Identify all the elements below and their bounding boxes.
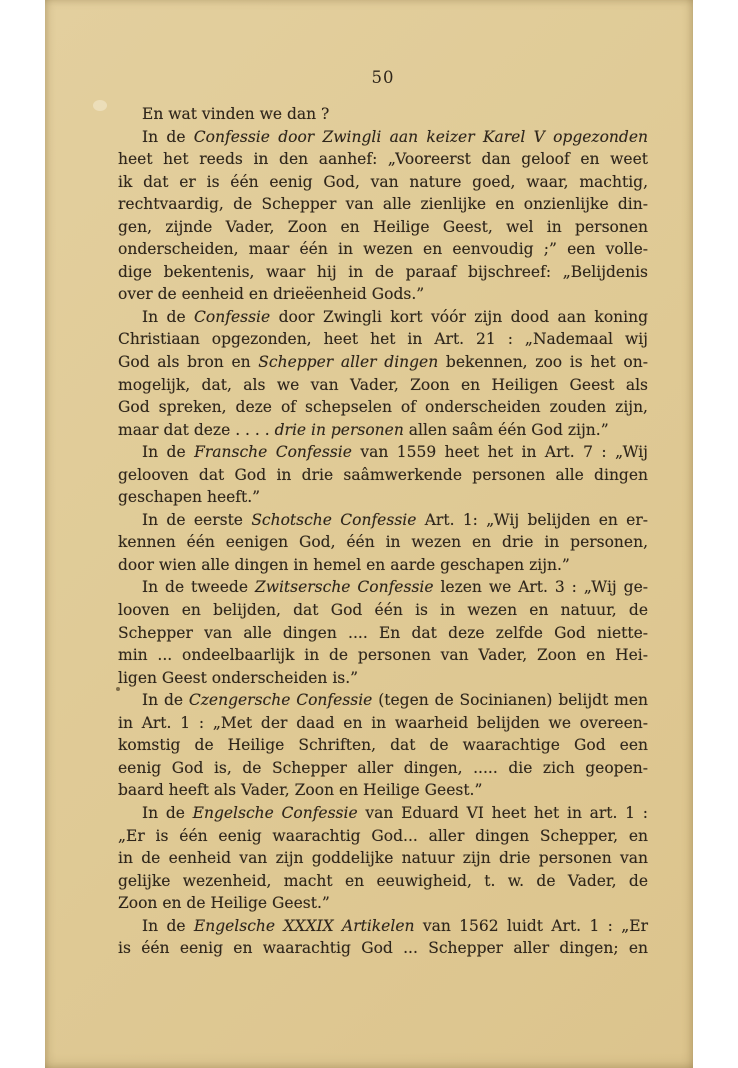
text-segment: „Er is één eenig waarachtig God... aller…: [118, 827, 648, 845]
text-segment: Christiaan opgezonden, heet het in Art. …: [118, 330, 648, 348]
text-line: gelooven dat God in drie saâmwerkende pe…: [118, 464, 648, 487]
paragraph: In de Czengersche Confessie (tegen de So…: [118, 689, 648, 802]
text-segment: maar dat deze . . . .: [118, 421, 275, 439]
text-line: is één eenig en waarachtig God ... Schep…: [118, 937, 648, 960]
text-line: God als bron en Schepper aller dingen be…: [118, 351, 648, 374]
text-line: ik dat er is één eenig God, van nature g…: [118, 171, 648, 194]
text-segment: eenig God is, de Schepper aller dingen, …: [118, 759, 648, 777]
text-block: En wat vinden we dan ?In de Confessie do…: [118, 103, 648, 960]
italic-text-segment: Fransche Confessie: [194, 443, 352, 461]
paragraph: In de Fransche Confessie van 1559 heet h…: [118, 441, 648, 509]
text-segment: van Eduard VI heet het in art. 1 :: [358, 804, 648, 822]
paragraph: In de tweede Zwitsersche Confessie lezen…: [118, 576, 648, 689]
text-segment: mogelijk, dat, als we van Vader, Zoon en…: [118, 376, 648, 394]
text-line: gelijke wezenheid, macht en eeuwigheid, …: [118, 870, 648, 893]
text-segment: looven en belijden, dat God één is in we…: [118, 601, 648, 619]
text-line: Christiaan opgezonden, heet het in Art. …: [118, 328, 648, 351]
text-segment: In de: [142, 691, 189, 709]
text-line: komstig de Heilige Schriften, dat de waa…: [118, 734, 648, 757]
text-segment: is één eenig en waarachtig God ... Schep…: [118, 939, 648, 957]
text-segment: In de: [142, 443, 194, 461]
text-line: heet het reeds in den aanhef: „Vooreerst…: [118, 148, 648, 171]
text-segment: min ... ondeelbaarlijk in de personen va…: [118, 646, 648, 664]
text-segment: onderscheiden, maar één in wezen en eenv…: [118, 240, 648, 258]
text-segment: komstig de Heilige Schriften, dat de waa…: [118, 736, 648, 754]
text-line: onderscheiden, maar één in wezen en eenv…: [118, 238, 648, 261]
paragraph: In de Confessie door Zwingli kort vóór z…: [118, 306, 648, 441]
text-segment: kennen één eenigen God, één in wezen en …: [118, 533, 648, 551]
text-line: kennen één eenigen God, één in wezen en …: [118, 531, 648, 554]
paper-blemish: [93, 100, 107, 111]
italic-text-segment: Engelsche Confessie: [193, 804, 358, 822]
text-line: dige bekentenis, waar hij in de paraaf b…: [118, 261, 648, 284]
text-segment: ligen Geest onderscheiden is.”: [118, 669, 358, 687]
text-line: gen, zijnde Vader, Zoon en Heilige Geest…: [118, 216, 648, 239]
text-segment: In de: [142, 308, 194, 326]
text-line: looven en belijden, dat God één is in we…: [118, 599, 648, 622]
text-segment: In de: [142, 917, 194, 935]
text-segment: gelijke wezenheid, macht en eeuwigheid, …: [118, 872, 648, 890]
text-line: ligen Geest onderscheiden is.”: [118, 667, 648, 690]
paragraph: In de eerste Schotsche Confessie Art. 1:…: [118, 509, 648, 577]
italic-text-segment: Engelsche XXXIX Artikelen: [194, 917, 415, 935]
text-line: In de tweede Zwitsersche Confessie lezen…: [118, 576, 648, 599]
text-segment: door wien alle dingen in hemel en aarde …: [118, 556, 570, 574]
text-segment: In de eerste: [142, 511, 251, 529]
text-segment: heet het reeds in den aanhef: „Vooreerst…: [118, 150, 648, 168]
text-line: Zoon en de Heilige Geest.”: [118, 892, 648, 915]
text-segment: bekennen, zoo is het on-: [438, 353, 648, 371]
text-segment: (tegen de Socinianen) belijdt men: [372, 691, 648, 709]
book-page: 50 En wat vinden we dan ?In de Confessie…: [45, 0, 693, 1068]
text-line: In de Engelsche Confessie van Eduard VI …: [118, 802, 648, 825]
text-line: baard heeft als Vader, Zoon en Heilige G…: [118, 779, 648, 802]
text-segment: in Art. 1 : „Met der daad en in waarheid…: [118, 714, 648, 732]
text-segment: Schepper van alle dingen .... En dat dez…: [118, 624, 648, 642]
text-line: In de Czengersche Confessie (tegen de So…: [118, 689, 648, 712]
text-segment: van 1562 luidt Art. 1 : „Er: [414, 917, 648, 935]
text-segment: door Zwingli kort vóór zijn dood aan kon…: [270, 308, 648, 326]
text-segment: In de tweede: [142, 578, 255, 596]
paragraph: In de Engelsche Confessie van Eduard VI …: [118, 802, 648, 915]
italic-text-segment: Schotsche Confessie: [251, 511, 416, 529]
text-line: En wat vinden we dan ?: [118, 103, 648, 126]
text-line: Schepper van alle dingen .... En dat dez…: [118, 622, 648, 645]
italic-text-segment: drie in personen: [275, 421, 404, 439]
text-line: maar dat deze . . . . drie in personen a…: [118, 419, 648, 442]
text-segment: rechtvaardig, de Schepper van alle zienl…: [118, 195, 648, 213]
text-segment: En wat vinden we dan ?: [142, 105, 329, 123]
text-segment: over de eenheid en drieëenheid Gods.”: [118, 285, 424, 303]
text-segment: In de: [142, 128, 194, 146]
paragraph: In de Engelsche XXXIX Artikelen van 1562…: [118, 915, 648, 960]
text-line: In de Fransche Confessie van 1559 heet h…: [118, 441, 648, 464]
page-number: 50: [118, 68, 648, 87]
text-line: min ... ondeelbaarlijk in de personen va…: [118, 644, 648, 667]
text-line: eenig God is, de Schepper aller dingen, …: [118, 757, 648, 780]
text-line: door wien alle dingen in hemel en aarde …: [118, 554, 648, 577]
text-segment: gelooven dat God in drie saâmwerkende pe…: [118, 466, 648, 484]
text-segment: gen, zijnde Vader, Zoon en Heilige Geest…: [118, 218, 648, 236]
text-segment: lezen we Art. 3 : „Wij ge-: [434, 578, 648, 596]
text-segment: ik dat er is één eenig God, van nature g…: [118, 173, 648, 191]
italic-text-segment: Confessie: [194, 308, 270, 326]
paragraph: In de Confessie door Zwingli aan keizer …: [118, 126, 648, 306]
text-line: In de Confessie door Zwingli kort vóór z…: [118, 306, 648, 329]
text-segment: God spreken, deze of schepselen of onder…: [118, 398, 648, 416]
italic-text-segment: Confessie door Zwingli aan keizer Karel …: [194, 128, 648, 146]
text-line: In de eerste Schotsche Confessie Art. 1:…: [118, 509, 648, 532]
text-line: mogelijk, dat, als we van Vader, Zoon en…: [118, 374, 648, 397]
text-segment: In de: [142, 804, 193, 822]
text-line: over de eenheid en drieëenheid Gods.”: [118, 283, 648, 306]
text-segment: baard heeft als Vader, Zoon en Heilige G…: [118, 781, 482, 799]
scan-background: 50 En wat vinden we dan ?In de Confessie…: [0, 0, 738, 1068]
italic-text-segment: Schepper aller dingen: [258, 353, 438, 371]
italic-text-segment: Zwitsersche Confessie: [255, 578, 434, 596]
text-line: God spreken, deze of schepselen of onder…: [118, 396, 648, 419]
text-line: rechtvaardig, de Schepper van alle zienl…: [118, 193, 648, 216]
text-segment: geschapen heeft.”: [118, 488, 260, 506]
text-line: in de eenheid van zijn goddelijke natuur…: [118, 847, 648, 870]
paragraph: En wat vinden we dan ?: [118, 103, 648, 126]
text-segment: van 1559 heet het in Art. 7 : „Wij: [352, 443, 648, 461]
text-segment: in de eenheid van zijn goddelijke natuur…: [118, 849, 648, 867]
text-segment: Zoon en de Heilige Geest.”: [118, 894, 330, 912]
text-segment: Art. 1: „Wij belijden en er-: [416, 511, 648, 529]
text-line: In de Confessie door Zwingli aan keizer …: [118, 126, 648, 149]
italic-text-segment: Czengersche Confessie: [189, 691, 372, 709]
text-line: geschapen heeft.”: [118, 486, 648, 509]
text-line: In de Engelsche XXXIX Artikelen van 1562…: [118, 915, 648, 938]
text-line: „Er is één eenig waarachtig God... aller…: [118, 825, 648, 848]
text-segment: God als bron en: [118, 353, 258, 371]
text-segment: allen saâm één God zijn.”: [404, 421, 609, 439]
text-segment: dige bekentenis, waar hij in de paraaf b…: [118, 263, 648, 281]
text-line: in Art. 1 : „Met der daad en in waarheid…: [118, 712, 648, 735]
